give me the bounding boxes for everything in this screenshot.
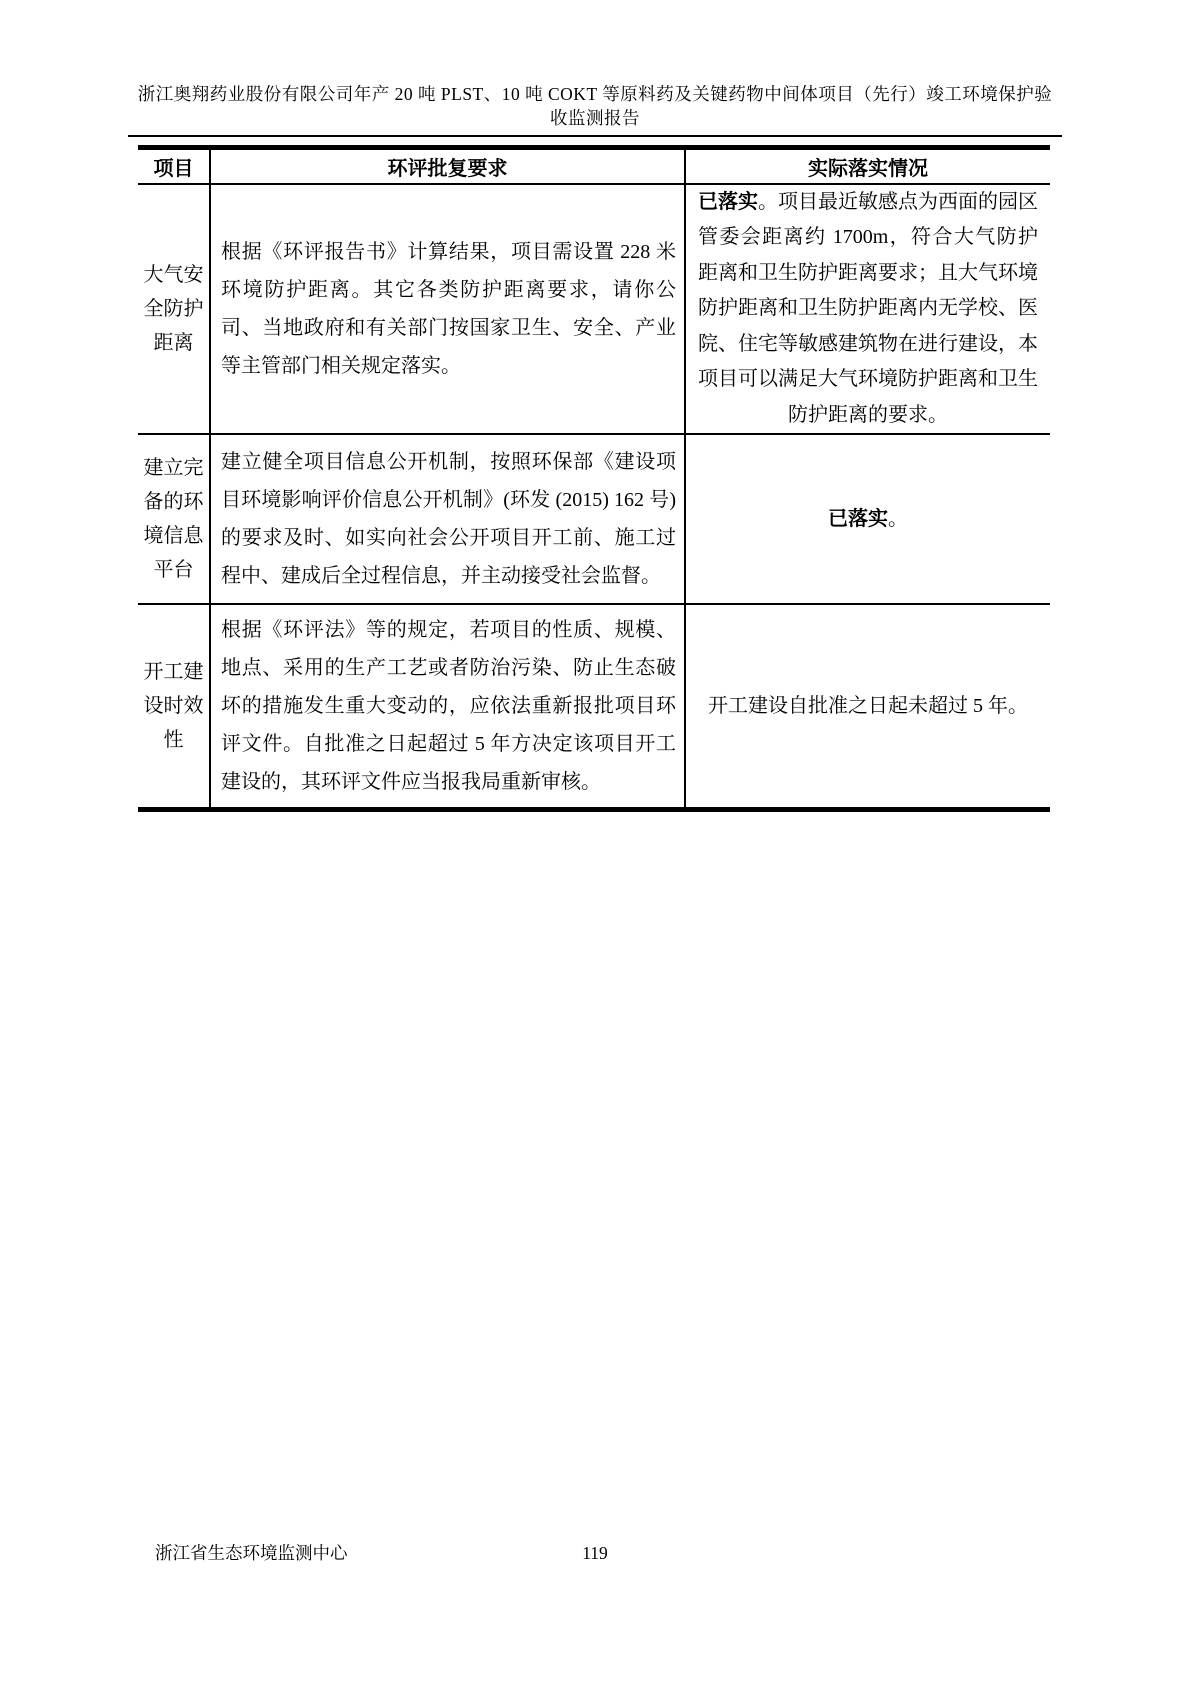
col-header-status: 实际落实情况 xyxy=(685,148,1050,184)
header-title-line2: 收监测报告 xyxy=(128,106,1062,130)
row-status-text: 已落实。 xyxy=(685,434,1050,604)
table-row-air-protection-distance: 大气安全防护距离 根据《环评报告书》计算结果，项目需设置 228 米环境防护距离… xyxy=(138,184,1050,435)
row-status-text: 已落实。项目最近敏感点为西面的园区管委会距离约 1700m，符合大气防护距离和卫… xyxy=(685,184,1050,435)
footer-organization: 浙江省生态环境监测中心 xyxy=(155,1540,348,1566)
row-item-label: 建立完备的环境信息平台 xyxy=(138,434,210,604)
col-header-item: 项目 xyxy=(138,148,210,184)
row-requirement-text: 建立健全项目信息公开机制，按照环保部《建设项目环境影响评价信息公开机制》(环发 … xyxy=(210,434,685,604)
row-requirement-text: 根据《环评报告书》计算结果，项目需设置 228 米环境防护距离。其它各类防护距离… xyxy=(210,184,685,435)
status-detail-text: 开工建设自批准之日起未超过 5 年。 xyxy=(708,695,1028,717)
status-implemented-label: 已落实 xyxy=(828,508,888,530)
page-header: 浙江奥翔药业股份有限公司年产 20 吨 PLST、10 吨 COKT 等原料药及… xyxy=(128,82,1062,130)
row-status-text: 开工建设自批准之日起未超过 5 年。 xyxy=(685,604,1050,809)
table-row-information-platform: 建立完备的环境信息平台 建立健全项目信息公开机制，按照环保部《建设项目环境影响评… xyxy=(138,434,1050,604)
header-rule xyxy=(128,135,1062,137)
page-footer: 119 浙江省生态环境监测中心 xyxy=(0,1540,1190,1566)
row-requirement-text: 根据《环评法》等的规定，若项目的性质、规模、地点、采用的生产工艺或者防治污染、防… xyxy=(210,604,685,809)
table-row-construction-timeliness: 开工建设时效性 根据《环评法》等的规定，若项目的性质、规模、地点、采用的生产工艺… xyxy=(138,604,1050,809)
row-item-label: 开工建设时效性 xyxy=(138,604,210,809)
col-header-requirement: 环评批复要求 xyxy=(210,148,685,184)
table-header-row: 项目 环评批复要求 实际落实情况 xyxy=(138,148,1050,184)
status-detail-text: 。 xyxy=(888,508,908,530)
row-item-label: 大气安全防护距离 xyxy=(138,184,210,435)
document-page: 浙江奥翔药业股份有限公司年产 20 吨 PLST、10 吨 COKT 等原料药及… xyxy=(0,0,1190,1683)
header-title-line1: 浙江奥翔药业股份有限公司年产 20 吨 PLST、10 吨 COKT 等原料药及… xyxy=(128,82,1062,106)
status-detail-text: 。项目最近敏感点为西面的园区管委会距离约 1700m，符合大气防护距离和卫生防护… xyxy=(698,191,1038,426)
compliance-table: 项目 环评批复要求 实际落实情况 大气安全防护距离 根据《环评报告书》计算结果，… xyxy=(138,145,1050,812)
status-implemented-label: 已落实 xyxy=(698,191,758,213)
